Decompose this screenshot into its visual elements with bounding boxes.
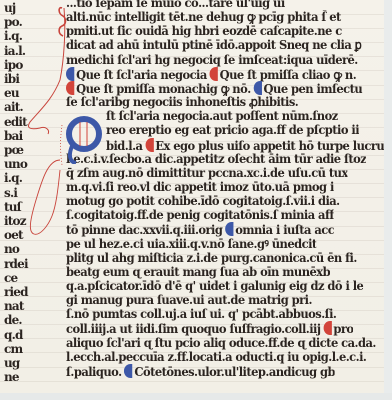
page-edge-bottom [0,393,392,400]
text-segment: q.a.pſcicator.īdō d'ē q' uidet i galunig… [66,279,363,293]
paragraph-mark-blue-icon [124,364,132,378]
text-segment: gi manug pura ſuave.ui aut.de matrig pri… [66,293,312,307]
text-segment: coll.iiij.a ut iidi.ſim quoquo ſuſfragio… [66,321,320,336]
text-segment: reo ereptio eg eat pricio aga.ff de pſcp… [106,123,359,137]
margin-text-line: cm [4,342,22,356]
ruling-line [0,381,384,382]
text-line: coll.iiij.a ut iidi.ſim quoquo ſuſfragio… [66,321,353,336]
manuscript-page: ujpo.i.q.ia.l.ipoibieuait.editbaipœunoi.… [0,0,384,393]
text-segment: omnia i iuſta acc [235,222,334,237]
margin-text-line: rdei [4,257,28,271]
text-segment: ſt ſcl'aria negocia.aut poſſent nūm.ſnoz [106,109,338,123]
paragraph-mark-blue-icon [253,81,261,95]
text-segment: aliquo ſcl'ari ɋ ſtu pcio aliq oduce.ff.… [66,336,376,350]
margin-text-line: ried [4,285,28,299]
text-segment: ſ.nō pumtas coll.uj.a iuſ ui. q' pcābt.a… [66,307,336,321]
margin-text-line: nat [4,299,24,313]
text-segment: pro [333,321,353,336]
margin-text-line: ne [4,370,19,384]
page-edge-right [384,0,392,400]
margin-text-line: no [4,242,19,256]
margin-text-line: q.d [4,328,23,342]
margin-text-line: de. [4,313,22,327]
margin-text-line: ce [4,271,17,285]
text-segment: ſ.paliquo. [66,364,122,379]
paragraph-mark-red-icon [323,321,331,335]
text-segment: l.ecch.al.peccuīa z.ff.locati.a oducti.q… [66,350,366,364]
paragraph-mark-red-icon [145,138,153,152]
paragraph-mark-blue-icon [225,222,233,236]
text-line: ſt ſcl'aria negocia.aut poſſent nūm.ſnoz [106,109,338,123]
text-line: beatg eum ɋ erauit mang ſua ab oīn munēx… [66,265,330,279]
text-line: ſ.paliquo.Cōtetōnes.ulor.ul'litep.andicu… [66,364,335,379]
text-segment: Cōtetōnes.ulor.ul'litep.andicug gb [134,364,335,379]
text-line: q.a.pſcicator.īdō d'ē q' uidet i galunig… [66,279,363,293]
text-segment: beatg eum ɋ erauit mang ſua ab oīn munēx… [66,265,330,279]
text-line: ſ.nō pumtas coll.uj.a iuſ ui. q' pcābt.a… [66,307,336,321]
text-segment: Que ſt pmiſſa cliao ꝙ n. [220,67,357,82]
text-line: gi manug pura ſuave.ui aut.de matrig pri… [66,293,312,307]
text-segment: Ex ego plus uiſo appetit hō turpe lucru … [155,138,384,153]
text-line: plitg ul ahg miſticia z.i.de purg.canoni… [66,251,357,265]
text-line: l.ecch.al.peccuīa z.ff.locati.a oducti.q… [66,350,366,364]
margin-text-line: ug [4,356,20,370]
paragraph-mark-red-icon [210,67,218,81]
text-line: aliquo ſcl'ari ɋ ſtu pcio aliq oduce.ff.… [66,336,376,350]
text-line: reo ereptio eg eat pricio aga.ff de pſcp… [106,123,359,137]
text-segment: plitg ul ahg miſticia z.i.de purg.canoni… [66,251,357,265]
text-segment: Que pen imſectu [264,81,363,96]
decorated-initial-q-icon [64,116,104,164]
text-line: bid.l.aEx ego plus uiſo appetit hō turpe… [106,138,384,153]
